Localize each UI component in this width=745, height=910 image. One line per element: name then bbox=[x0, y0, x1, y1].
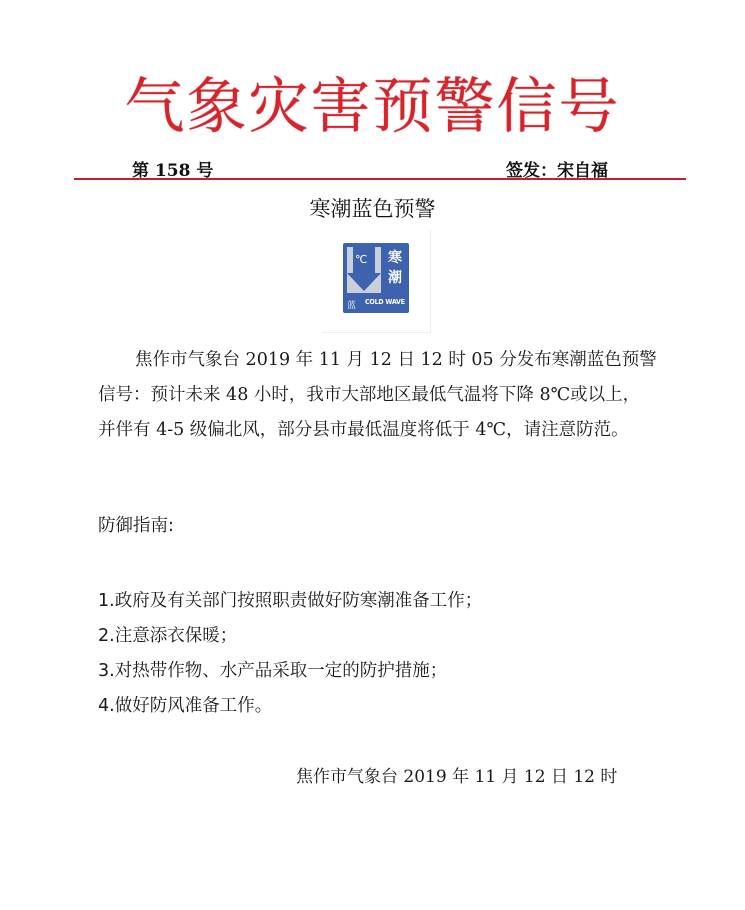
warning-subtitle: 寒潮蓝色预警 bbox=[0, 193, 745, 223]
icon-char-han: 寒 bbox=[384, 249, 406, 267]
guide-item: 1.政府及有关部门按照职责做好防寒潮准备工作； bbox=[98, 584, 482, 619]
temperature-panel: ℃ bbox=[347, 247, 381, 293]
guide-heading: 防御指南: bbox=[98, 512, 174, 537]
guide-list: 1.政府及有关部门按照职责做好防寒潮准备工作； 2.注意添衣保暖； 3.对热带作… bbox=[98, 584, 482, 724]
level-label: 蓝 bbox=[347, 298, 356, 311]
celsius-symbol: ℃ bbox=[355, 253, 367, 266]
cold-wave-label: COLD WAVE bbox=[365, 298, 405, 306]
guide-item: 4.做好防风准备工作。 bbox=[98, 689, 482, 724]
warning-body: 焦作市气象台 2019 年 11 月 12 日 12 时 05 分发布寒潮蓝色预… bbox=[98, 343, 658, 448]
header-divider bbox=[74, 178, 686, 180]
guide-item: 2.注意添衣保暖； bbox=[98, 619, 482, 654]
body-line-2: 信号：预计未来 48 小时，我市大部地区最低气温将下降 8℃或以上， bbox=[98, 378, 658, 413]
guide-item: 3.对热带作物、水产品采取一定的防护措施； bbox=[98, 654, 482, 689]
meta-row: 第 158 号 签发：宋自福 bbox=[0, 156, 745, 180]
warning-icon-container: ℃ 寒 潮 蓝 COLD WAVE bbox=[322, 230, 430, 332]
issuer-footer: 焦作市气象台 2019 年 11 月 12 日 12 时 bbox=[296, 762, 617, 787]
body-line-3: 并伴有 4-5 级偏北风，部分县市最低温度将低于 4℃，请注意防范。 bbox=[98, 413, 658, 448]
body-line-1: 焦作市气象台 2019 年 11 月 12 日 12 时 05 分发布寒潮蓝色预… bbox=[98, 343, 658, 378]
icon-char-chao: 潮 bbox=[384, 269, 406, 287]
cold-wave-blue-icon: ℃ 寒 潮 蓝 COLD WAVE bbox=[343, 243, 409, 313]
banner-title: 气象灾害预警信号 bbox=[0, 68, 745, 146]
